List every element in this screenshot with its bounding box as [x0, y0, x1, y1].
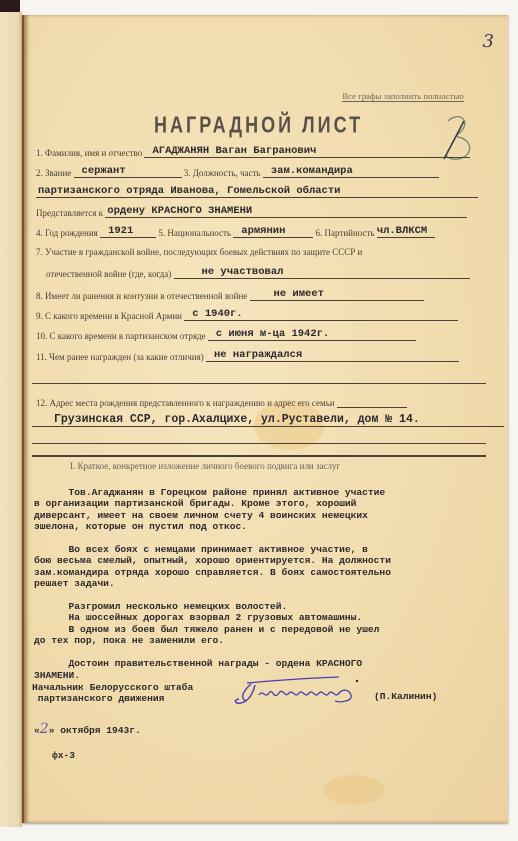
document-title: НАГРАДНОЙ ЛИСТ	[154, 112, 363, 139]
address-value: Грузинская ССР, гор.Ахалцихе, ул.Руставе…	[32, 413, 504, 427]
birth-year-value: 1921	[100, 225, 156, 238]
typist-code: фх-3	[52, 750, 75, 761]
blank-line	[32, 443, 486, 444]
red-army-since-value: с 1940г.	[184, 308, 458, 321]
field-position-cont: партизанского отряда Иванова, Гомельской…	[36, 185, 478, 198]
document-date: «2» октября 1943г.	[34, 721, 141, 737]
field-previous-awards: 11. Чем ранее награжден (за какие отличи…	[36, 349, 459, 362]
signatory-title: Начальник Белорусского штаба партизанско…	[32, 682, 193, 705]
nationality-value: армянин	[233, 225, 313, 238]
citation-text: Тов.Агаджанян в Горецком районе принял а…	[34, 487, 494, 681]
wounds-value: не имеет	[250, 288, 424, 301]
field-birth-nationality-party: 4. Год рождения 1921 5. Национальность а…	[36, 225, 435, 238]
previous-awards-value: не награждался	[206, 349, 459, 362]
position-value: зам.командира	[263, 165, 439, 178]
paper-stain	[324, 775, 384, 805]
party-value: чл.ВЛКСМ	[377, 225, 435, 238]
field-presented-to: Представляется к ордену КРАСНОГО ЗНАМЕНИ	[36, 205, 467, 218]
award-sheet: 3 Все графы заполнить полностью НАГРАДНО…	[22, 15, 508, 823]
field-partisan-since: 10. С какого времени в партизанском отря…	[36, 328, 416, 341]
field-red-army-since: 9. С какого времени в Красной Армии с 19…	[36, 308, 458, 321]
page-number: 3	[483, 31, 494, 52]
signatory-name: (П.Калинин)	[374, 691, 437, 702]
field-rank-position: 2. Звание сержант 3. Должность, часть за…	[36, 165, 439, 178]
award-value: ордену КРАСНОГО ЗНАМЕНИ	[105, 205, 467, 218]
war-participation-value: не участвовал	[174, 266, 470, 279]
fill-instruction: Все графы заполнить полностью	[342, 91, 464, 102]
blank-line	[32, 383, 486, 384]
field-war-participation: 7. Участие в гражданской войне, последую…	[36, 247, 362, 257]
section-heading: I. Краткое, конкретное изложение личного…	[70, 461, 340, 471]
field-address: 12. Адрес места рождения представленного…	[36, 396, 407, 408]
full-name-value: АГАДЖАНЯН Ваган Багранович	[144, 145, 470, 158]
field-address-cont: Грузинская ССР, гор.Ахалцихе, ул.Руставе…	[32, 413, 504, 427]
partisan-since-value: с июня м-ца 1942г.	[208, 328, 416, 341]
date-rest: октября 1943г.	[60, 725, 141, 736]
field-full-name: 1. Фамилия, имя и отчество АГАДЖАНЯН Ваг…	[36, 145, 470, 158]
field-wounds: 8. Имеет ли ранения и контузии в отечест…	[36, 288, 424, 301]
signature-icon	[229, 675, 369, 709]
field-war-participation-cont: отечественной войне (где, когда) не учас…	[46, 266, 470, 279]
date-day: 2	[40, 721, 49, 737]
previous-page-edge	[0, 12, 22, 827]
section-divider	[32, 455, 486, 457]
rank-value: сержант	[74, 165, 182, 178]
